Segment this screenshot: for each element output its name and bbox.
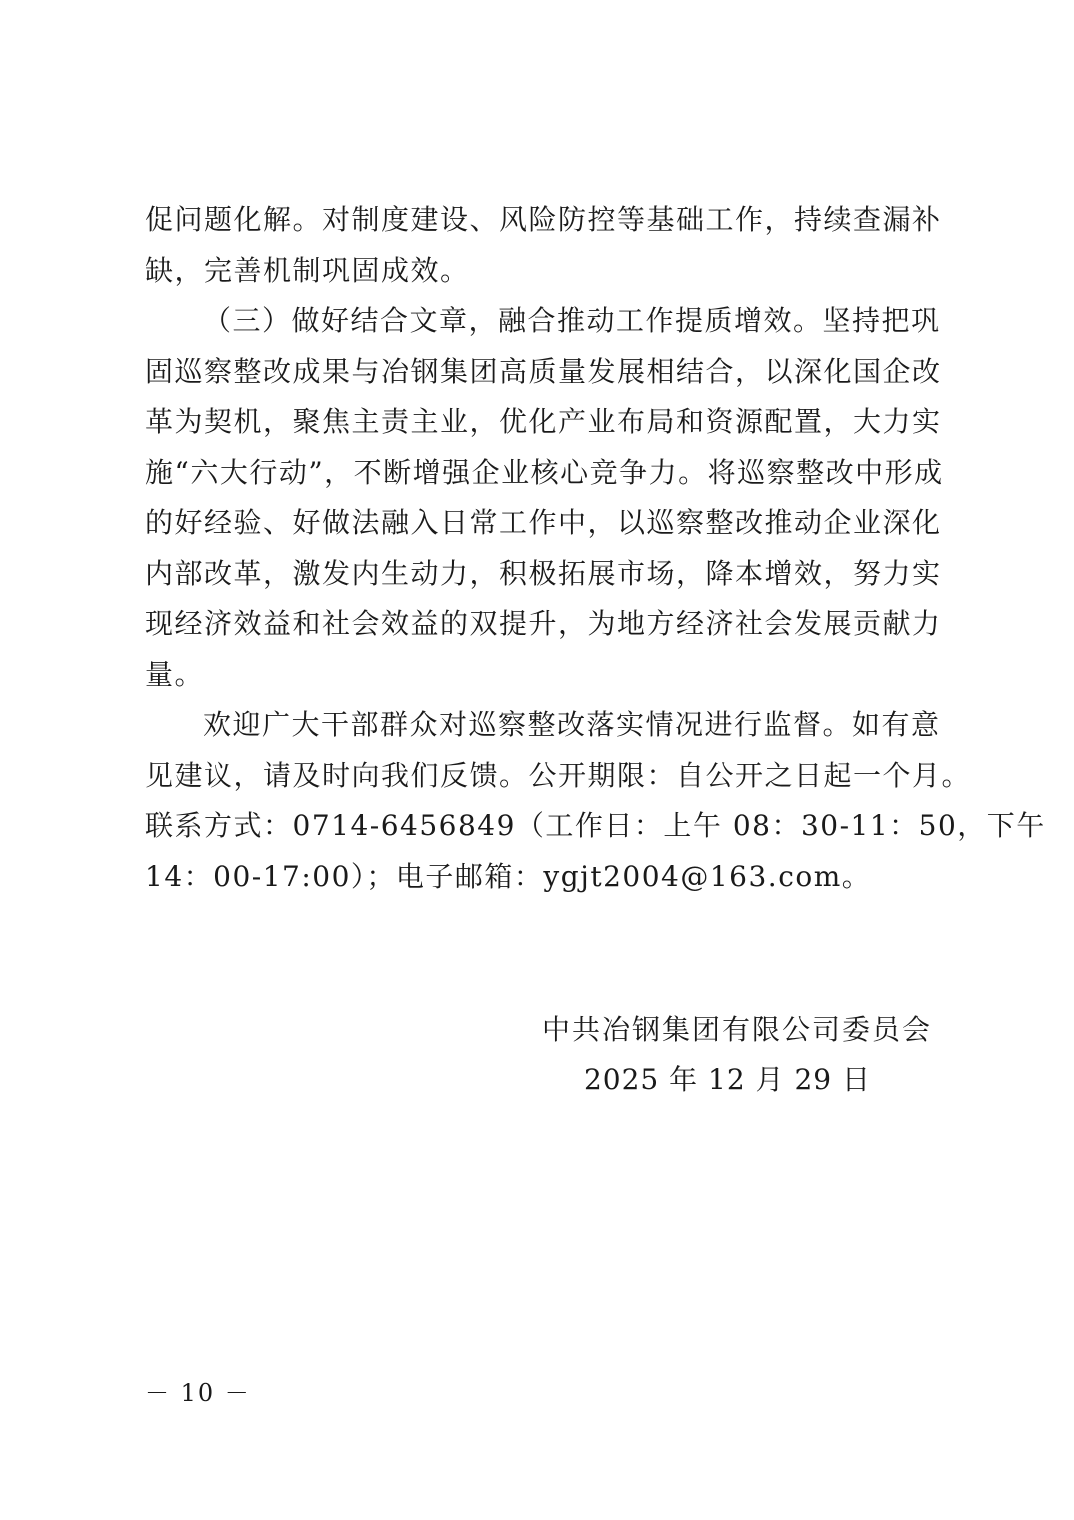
contact-line: 联系方式：0714-6456849（工作日：上午 08：30-11：50，下午 (145, 801, 935, 852)
paragraph-line: 固巡察整改成果与冶钢集团高质量发展相结合，以深化国企改 (145, 347, 935, 398)
paragraph-line: 缺，完善机制巩固成效。 (145, 246, 935, 297)
section-heading-line: （三）做好结合文章，融合推动工作提质增效。坚持把巩 (145, 296, 935, 347)
signature-organization: 中共冶钢集团有限公司委员会 (542, 1008, 932, 1048)
paragraph-line: 欢迎广大干部群众对巡察整改落实情况进行监督。如有意 (145, 700, 935, 751)
paragraph-line: 内部改革，激发内生动力，积极拓展市场，降本增效，努力实 (145, 549, 935, 600)
paragraph-line: 施“六大行动”，不断增强企业核心竞争力。将巡察整改中形成 (145, 448, 935, 499)
contact-line: 14：00-17:00）；电子邮箱：ygjt2004@163.com。 (145, 852, 935, 903)
paragraph-line: 促问题化解。对制度建设、风险防控等基础工作，持续查漏补 (145, 195, 935, 246)
paragraph-line: 见建议，请及时向我们反馈。公开期限：自公开之日起一个月。 (145, 751, 935, 802)
paragraph-line: 革为契机，聚焦主责主业，优化产业布局和资源配置，大力实 (145, 397, 935, 448)
paragraph-line: 现经济效益和社会效益的双提升，为地方经济社会发展贡献力 (145, 599, 935, 650)
paragraph-line: 的好经验、好做法融入日常工作中，以巡察整改推动企业深化 (145, 498, 935, 549)
page-number: － 10 － (145, 1373, 251, 1408)
signature-date: 2025 年 12 月 29 日 (584, 1058, 871, 1098)
document-page: 促问题化解。对制度建设、风险防控等基础工作，持续查漏补 缺，完善机制巩固成效。 … (0, 0, 1074, 1520)
paragraph-line: 量。 (145, 650, 935, 701)
document-body: 促问题化解。对制度建设、风险防控等基础工作，持续查漏补 缺，完善机制巩固成效。 … (145, 195, 935, 902)
